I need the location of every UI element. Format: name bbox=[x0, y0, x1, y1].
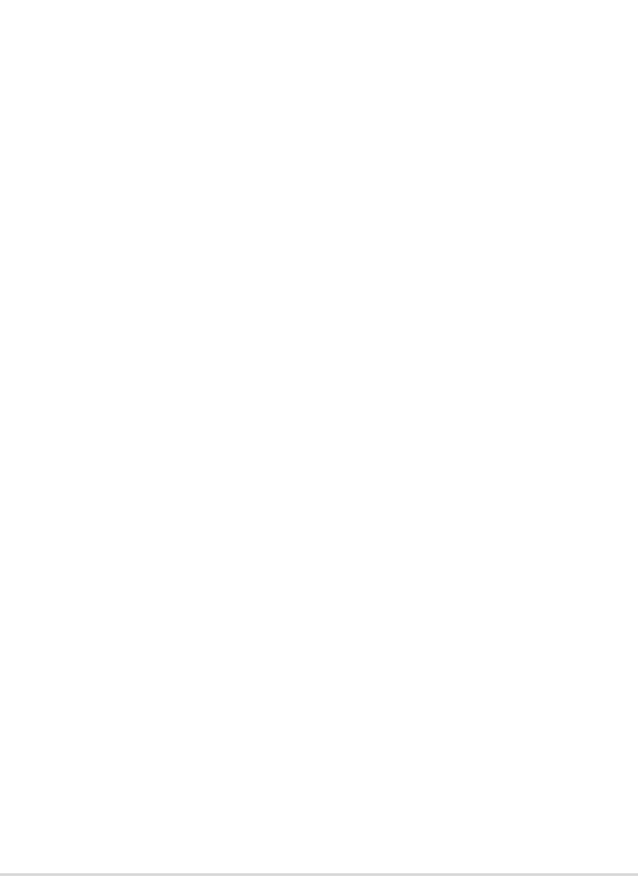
document-page bbox=[0, 0, 638, 873]
